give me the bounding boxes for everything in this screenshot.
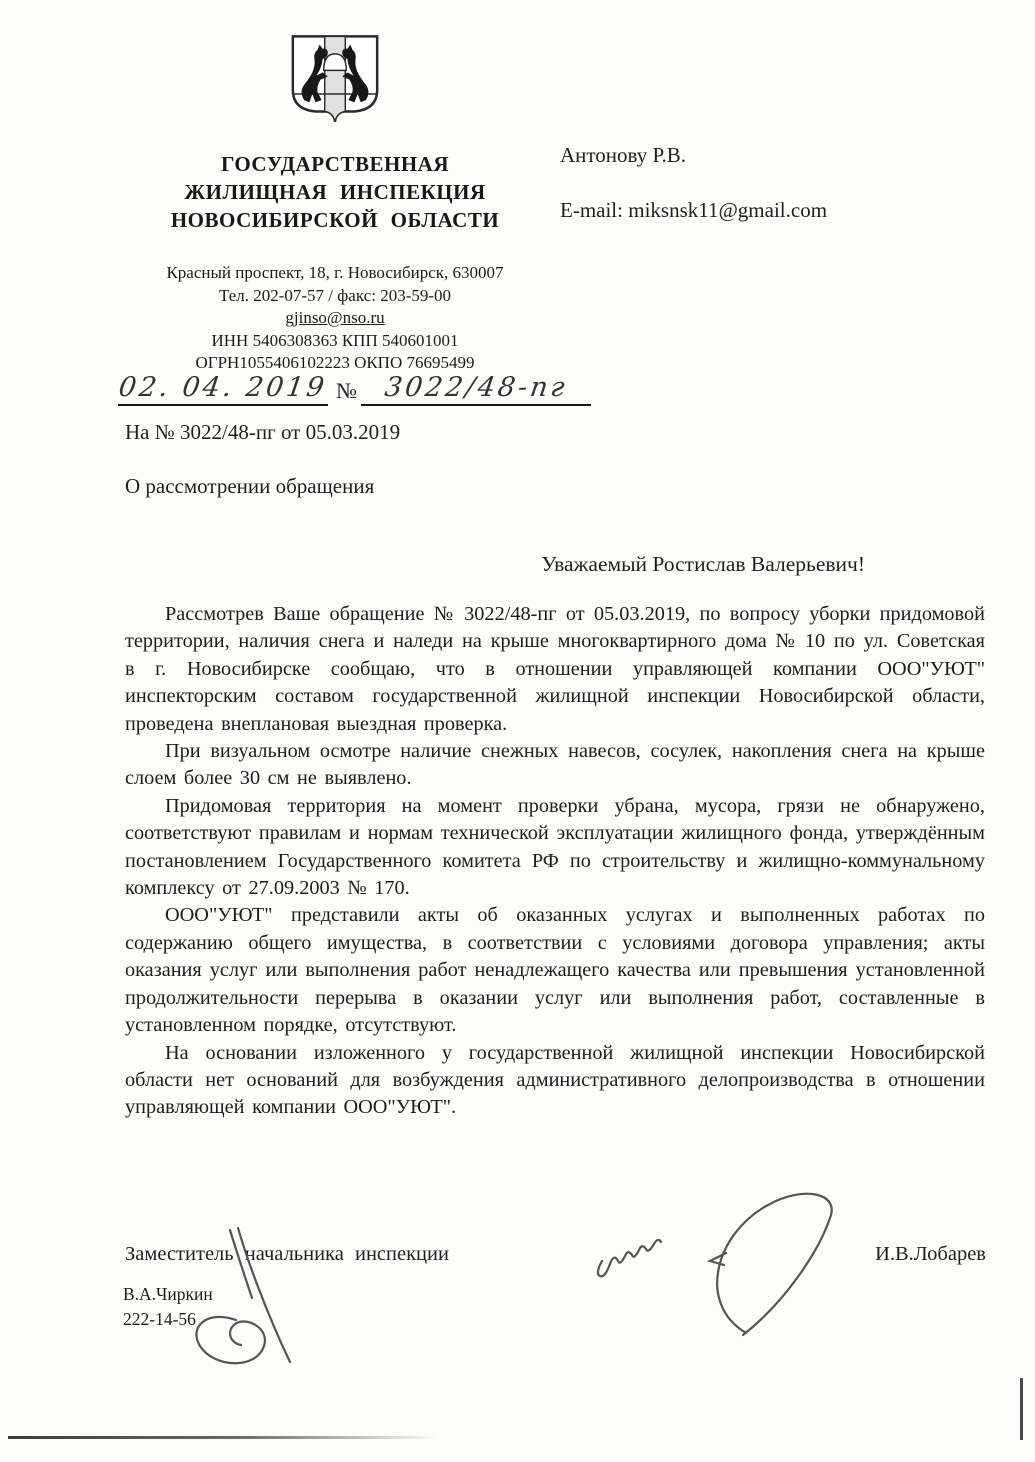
letterhead-phone: Тел. 202-07-57 / факс: 203-59-00	[95, 285, 575, 308]
org-name-line-3: НОВОСИБИРСКОЙ ОБЛАСТИ	[105, 206, 565, 234]
body-paragraph-1: Рассмотрев Ваше обращение № 3022/48-пг о…	[125, 601, 985, 738]
org-name-line-1: ГОСУДАРСТВЕННАЯ	[105, 150, 565, 178]
org-name: ГОСУДАРСТВЕННАЯ ЖИЛИЩНАЯ ИНСПЕКЦИЯ НОВОС…	[105, 150, 565, 234]
scan-artifact-right-line	[1020, 1378, 1023, 1440]
body-paragraph-4: ООО"УЮТ" представили акты об оказанных у…	[125, 902, 985, 1039]
executor-name: В.А.Чиркин	[123, 1282, 213, 1307]
letterhead-email: gjinso@nso.ru	[95, 307, 575, 330]
number-sign: №	[328, 378, 361, 406]
salutation: Уважаемый Ростислав Валерьевич!	[125, 552, 865, 577]
body-paragraph-2: При визуальном осмотре наличие снежных н…	[125, 738, 985, 793]
reply-reference-line: На № 3022/48-пг от 05.03.2019	[125, 420, 400, 445]
outgoing-reference-line: 02. 04. 2019№3022/48-пг	[118, 372, 678, 414]
executor-phone: 222-14-56	[123, 1307, 213, 1332]
scan-artifact-bottom-line	[8, 1436, 438, 1439]
subject-line: О рассмотрении обращения	[125, 474, 374, 499]
handwritten-number: 3022/48-пг	[383, 372, 570, 403]
letterhead-inn-kpp: ИНН 5406308363 КПП 540601001	[95, 330, 575, 353]
number-field: 3022/48-пг	[361, 372, 591, 406]
date-field: 02. 04. 2019	[118, 372, 328, 406]
recipient-email: E-mail: miksnsk11@gmail.com	[560, 198, 827, 223]
body-paragraph-5: На основании изложенного у государственн…	[125, 1040, 985, 1122]
recipient-name: Антонову Р.В.	[560, 143, 686, 168]
scanned-letter-page: ГОСУДАРСТВЕННАЯ ЖИЛИЩНАЯ ИНСПЕКЦИЯ НОВОС…	[0, 0, 1035, 1462]
signer-name: И.В.Лобарев	[838, 1243, 986, 1266]
letterhead-address: Красный проспект, 18, г. Новосибирск, 63…	[95, 262, 575, 285]
letter-body: Рассмотрев Ваше обращение № 3022/48-пг о…	[125, 601, 985, 1122]
handwritten-date: 02. 04. 2019	[117, 372, 329, 403]
body-paragraph-3: Придомовая территория на момент проверки…	[125, 793, 985, 903]
signer-position: Заместитель начальника инспекции	[125, 1243, 449, 1266]
org-name-line-2: ЖИЛИЩНАЯ ИНСПЕКЦИЯ	[105, 178, 565, 206]
executor-block: В.А.Чиркин 222-14-56	[123, 1282, 213, 1332]
coat-of-arms-emblem	[278, 22, 392, 130]
letterhead-contact-block: Красный проспект, 18, г. Новосибирск, 63…	[95, 262, 575, 375]
